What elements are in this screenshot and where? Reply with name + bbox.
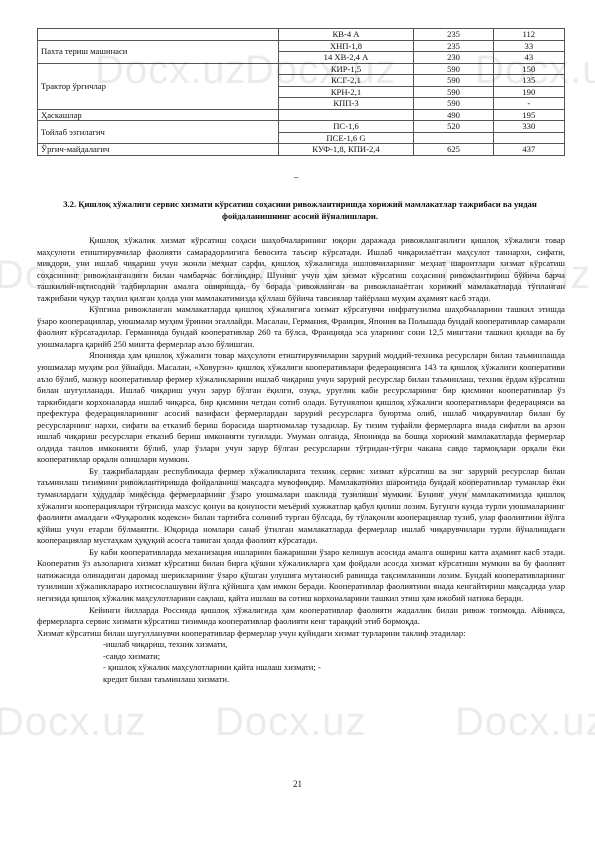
model-cell: КСГ-2,1	[278, 75, 414, 87]
value-cell: 437	[493, 144, 564, 156]
paragraph-1: Қишлоқ хўжалик хизмат кўрсатиш соҳаси ша…	[37, 235, 565, 304]
machine-type-cell: Ўргич-майдалагич	[38, 144, 279, 156]
table-row: Тойлаб эзгилагичПС-1,6520330	[38, 121, 565, 133]
machine-type-cell	[38, 29, 279, 41]
table-row: Ўргич-майдалагичКУФ-1,8, КПИ-2,4625437	[38, 144, 565, 156]
value-cell: 490	[414, 109, 493, 121]
watermark: Docx.uz	[455, 700, 595, 745]
value-cell: 112	[493, 29, 564, 41]
list-item: - қишлоқ хўжалик маҳсулотларини қайта иш…	[103, 662, 565, 674]
value-cell: 330	[493, 121, 564, 133]
value-cell: 135	[493, 75, 564, 87]
machine-type-cell: Пахта териш машинаси	[38, 40, 279, 63]
page-number: 21	[0, 779, 595, 789]
value-cell: 150	[493, 63, 564, 75]
value-cell: 625	[414, 144, 493, 156]
list-intro: Хизмат кўрсатиш билан шуғулланувчи коопе…	[37, 628, 565, 640]
model-cell: КПП-3	[278, 98, 414, 110]
watermark: Docx.uz	[0, 700, 147, 745]
paragraph-6: Кейинги йилларда Россияда қишлоқ хўжалиг…	[37, 605, 565, 628]
machine-type-cell: Трактор ўргичлар	[38, 63, 279, 109]
section-body: Қишлоқ хўжалик хизмат кўрсатиш соҳаси ша…	[37, 235, 565, 685]
model-cell: 14 ХВ-2,4 А	[278, 52, 414, 64]
paragraph-2: Кўпгина ривожланган мамлакатларда қишлоқ…	[37, 304, 565, 350]
value-cell: 590	[414, 75, 493, 87]
section-heading: 3.2. Қишлоқ хўжалиги сервис хизмати кўрс…	[60, 198, 540, 222]
table-row: Трактор ўргичларКИР-1,5590150	[38, 63, 565, 75]
value-cell	[414, 132, 493, 144]
value-cell: 590	[414, 86, 493, 98]
model-cell: ПСЕ-1,6 G	[278, 132, 414, 144]
value-cell: 520	[414, 121, 493, 133]
list-item: кредит билан таъминлаш хизмати.	[103, 674, 565, 686]
model-cell: КИР-1,5	[278, 63, 414, 75]
list-item: -ишлаб чиқариш, техник хизмати,	[103, 639, 565, 651]
paragraph-3: Японияда ҳам қишлоқ хўжалиги товар маҳсу…	[37, 350, 565, 465]
value-cell: 230	[414, 52, 493, 64]
table-row: Ҳаскашлар490195	[38, 109, 565, 121]
table-row: КВ-4 А235112	[38, 29, 565, 41]
service-list: -ишлаб чиқариш, техник хизмати, -савдо х…	[37, 639, 565, 685]
paragraph-5: Бу каби кооперативларда механизация ишла…	[37, 547, 565, 605]
paragraph-4: Бу тажрибалардан республикада фермер хўж…	[37, 466, 565, 547]
machine-type-cell: Ҳаскашлар	[38, 109, 279, 121]
value-cell: 43	[493, 52, 564, 64]
value-cell: 235	[414, 40, 493, 52]
value-cell: 590	[414, 98, 493, 110]
value-cell: -	[493, 98, 564, 110]
table-end-mark: –	[294, 172, 299, 182]
model-cell: ПС-1,6	[278, 121, 414, 133]
model-cell	[278, 109, 414, 121]
value-cell: 190	[493, 86, 564, 98]
model-cell: КРН-2,1	[278, 86, 414, 98]
value-cell: 235	[414, 29, 493, 41]
model-cell: ХНП-1,8	[278, 40, 414, 52]
machinery-table: КВ-4 А235112Пахта териш машинасиХНП-1,82…	[37, 28, 565, 156]
value-cell: 590	[414, 63, 493, 75]
model-cell: КВ-4 А	[278, 29, 414, 41]
model-cell: КУФ-1,8, КПИ-2,4	[278, 144, 414, 156]
value-cell: 195	[493, 109, 564, 121]
document-page: КВ-4 А235112Пахта териш машинасиХНП-1,82…	[0, 0, 595, 842]
value-cell	[493, 132, 564, 144]
machine-type-cell: Тойлаб эзгилагич	[38, 121, 279, 144]
list-item: -савдо хизмати;	[103, 651, 565, 663]
watermark: Docx.uz	[215, 700, 367, 745]
table-row: Пахта териш машинасиХНП-1,823533	[38, 40, 565, 52]
value-cell: 33	[493, 40, 564, 52]
